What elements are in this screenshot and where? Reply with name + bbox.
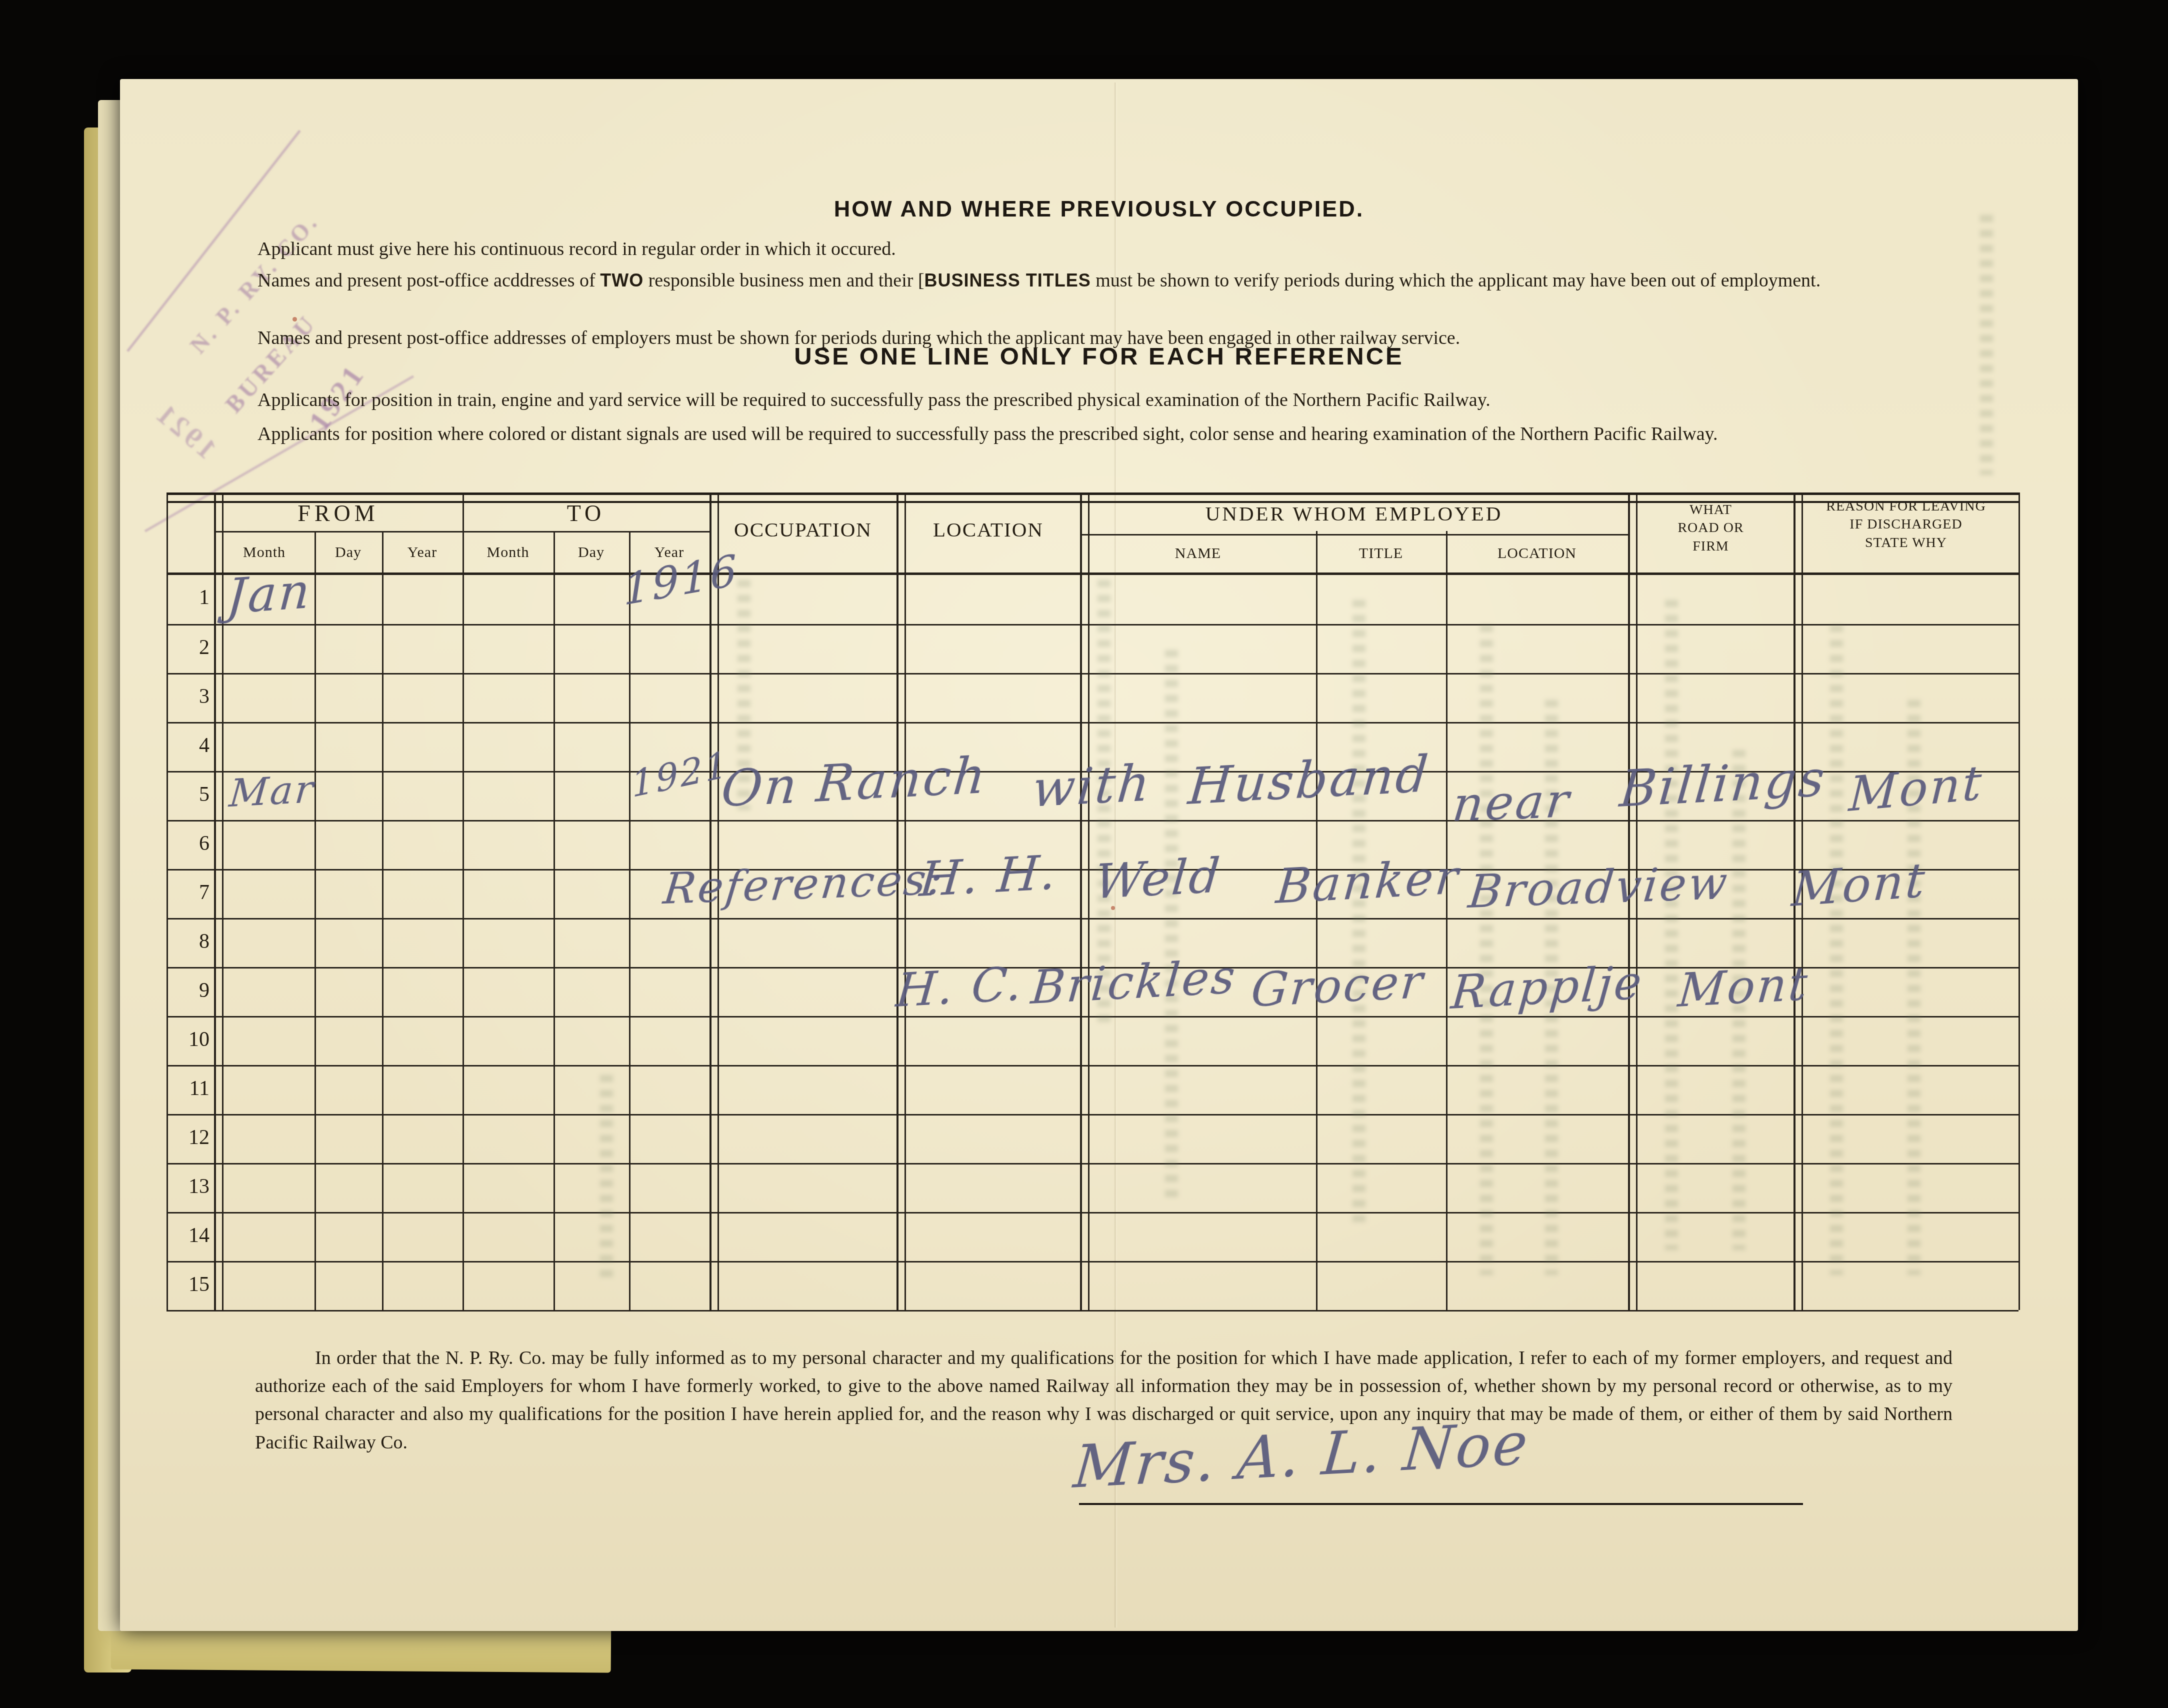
table-vertical-rule	[314, 531, 316, 1310]
entry-row5-location: Billings	[1617, 749, 1829, 818]
from-to-underline	[214, 531, 709, 532]
table-row-number: 10	[166, 1027, 209, 1051]
bleedthrough-ghost-text	[1665, 600, 1678, 1250]
table-row-number: 3	[166, 684, 209, 708]
table-row-rule	[166, 722, 2018, 723]
col-occupation: OCCUPATION	[709, 517, 896, 541]
table-row-number: 6	[166, 831, 209, 855]
entry-row9-title: Grocer	[1249, 954, 1427, 1017]
intro-2-business-titles: BUSINESS TITLES	[924, 270, 1091, 290]
table-vertical-rule	[629, 531, 630, 1310]
subcol-location: LOCATION	[1446, 545, 1628, 562]
table-row-number: 1	[166, 585, 209, 609]
col-road-line: WHAT	[1628, 501, 1793, 519]
entry-row5-word-near: near	[1450, 773, 1573, 832]
table-vertical-rule	[462, 492, 464, 1310]
intro-paragraph-2: Names and present post-office acddresses…	[257, 266, 2023, 294]
entry-row9-initials: H. C.	[894, 957, 1026, 1017]
table-top-rule	[166, 492, 2018, 503]
col-group-under-whom-employed: UNDER WHOM EMPLOYED	[1080, 501, 1628, 525]
subcol-from-day: Day	[314, 544, 382, 561]
bleedthrough-ghost-text	[1830, 625, 1843, 1275]
table-row-number: 13	[166, 1174, 209, 1198]
col-location: LOCATION	[896, 517, 1080, 541]
intro-2-text: must be shown to verify periods during w…	[1091, 270, 1821, 291]
intro-2-text: responsible business men and their [	[643, 270, 924, 291]
entry-row7-location: Broadview	[1466, 856, 1731, 918]
table-vertical-rule	[214, 492, 223, 1310]
entry-row7-name: Weld	[1092, 848, 1224, 910]
paper-stain	[292, 317, 297, 321]
form-subtitle: USE ONE LINE ONLY FOR EACH REFERENCE	[120, 342, 2078, 370]
subcol-from-year: Year	[382, 544, 462, 561]
entry-row9-name: Brickles	[1029, 950, 1239, 1014]
signature-line	[1079, 1503, 1803, 1505]
table-vertical-rule	[1446, 531, 1447, 1310]
table-row-rule	[166, 673, 2018, 674]
col-road-line: FIRM	[1628, 537, 1793, 555]
table-row-rule	[166, 624, 2018, 625]
table-row-number: 2	[166, 635, 209, 659]
table-row-number: 4	[166, 733, 209, 757]
entry-row7-title: Banker	[1274, 850, 1462, 914]
entry-row7-state: Mont	[1790, 852, 1928, 917]
table-row-number: 9	[166, 978, 209, 1002]
subcol-name: NAME	[1080, 545, 1316, 562]
intro-2-two: TWO	[600, 270, 643, 290]
bleedthrough-ghost-text	[1165, 650, 1178, 1200]
table-header-bottom-rule	[166, 572, 2018, 575]
col-road-line: ROAD OR	[1628, 519, 1793, 537]
col-reason-for-leaving: REASON FOR LEAVING IF DISCHARGED STATE W…	[1793, 497, 2018, 552]
subcol-to-month: Month	[462, 544, 553, 561]
entry-row7-initials: H. H.	[917, 845, 1060, 907]
table-vertical-rule	[1316, 531, 1317, 1310]
subcol-title: TITLE	[1316, 545, 1446, 562]
col-reason-line: IF DISCHARGED	[1793, 515, 2018, 533]
entry-row5-word-with: with	[1030, 753, 1154, 818]
table-row-number: 7	[166, 880, 209, 904]
entry-row7-references: References:	[661, 854, 947, 914]
bleedthrough-ghost-text	[600, 1075, 613, 1285]
table-vertical-rule	[553, 531, 555, 1310]
col-group-to: TO	[462, 500, 709, 526]
subcol-from-month: Month	[214, 544, 314, 561]
table-vertical-rule	[382, 531, 383, 1310]
note-physical-exam: Applicants for position in train, engine…	[257, 386, 1957, 414]
intro-2-text: Names and present post-office acddresses…	[257, 270, 600, 291]
col-reason-line: STATE WHY	[1793, 534, 2018, 552]
table-row-number: 11	[166, 1076, 209, 1100]
table-row-number: 12	[166, 1125, 209, 1149]
entry-row5-from-month: Mar	[227, 766, 317, 815]
under-whom-underline	[1080, 534, 1628, 535]
table-vertical-rule	[2018, 492, 2020, 1310]
scanned-document-page: { "header": { "title": "HOW AND WHERE PR…	[0, 0, 2168, 1708]
table-row-rule	[166, 1261, 2018, 1262]
note-signal-exam: Applicants for position where colored or…	[257, 420, 2023, 448]
subcol-to-day: Day	[553, 544, 629, 561]
form-title: HOW AND WHERE PREVIOUSLY OCCUPIED.	[120, 196, 2078, 222]
table-row-number: 15	[166, 1272, 209, 1296]
bleedthrough-ghost-text	[1980, 215, 1993, 475]
bleedthrough-ghost-text	[1480, 625, 1493, 1275]
table-vertical-rule	[1080, 492, 1089, 1310]
bleedthrough-ghost-text	[1352, 600, 1365, 1225]
col-group-from: FROM	[214, 500, 462, 526]
entry-row1-from-month: Jan	[225, 562, 313, 625]
intro-paragraph-1: Applicant must give here his continuous …	[257, 235, 1957, 263]
entry-row9-location: Rapplje	[1449, 955, 1645, 1019]
col-what-road-or-firm: WHAT ROAD OR FIRM	[1628, 501, 1793, 555]
table-row-number: 8	[166, 929, 209, 953]
table-row-number: 14	[166, 1223, 209, 1247]
entry-row9-state: Mont	[1676, 957, 1811, 1017]
table-row-rule	[166, 1310, 2018, 1311]
table-row-number: 5	[166, 782, 209, 806]
